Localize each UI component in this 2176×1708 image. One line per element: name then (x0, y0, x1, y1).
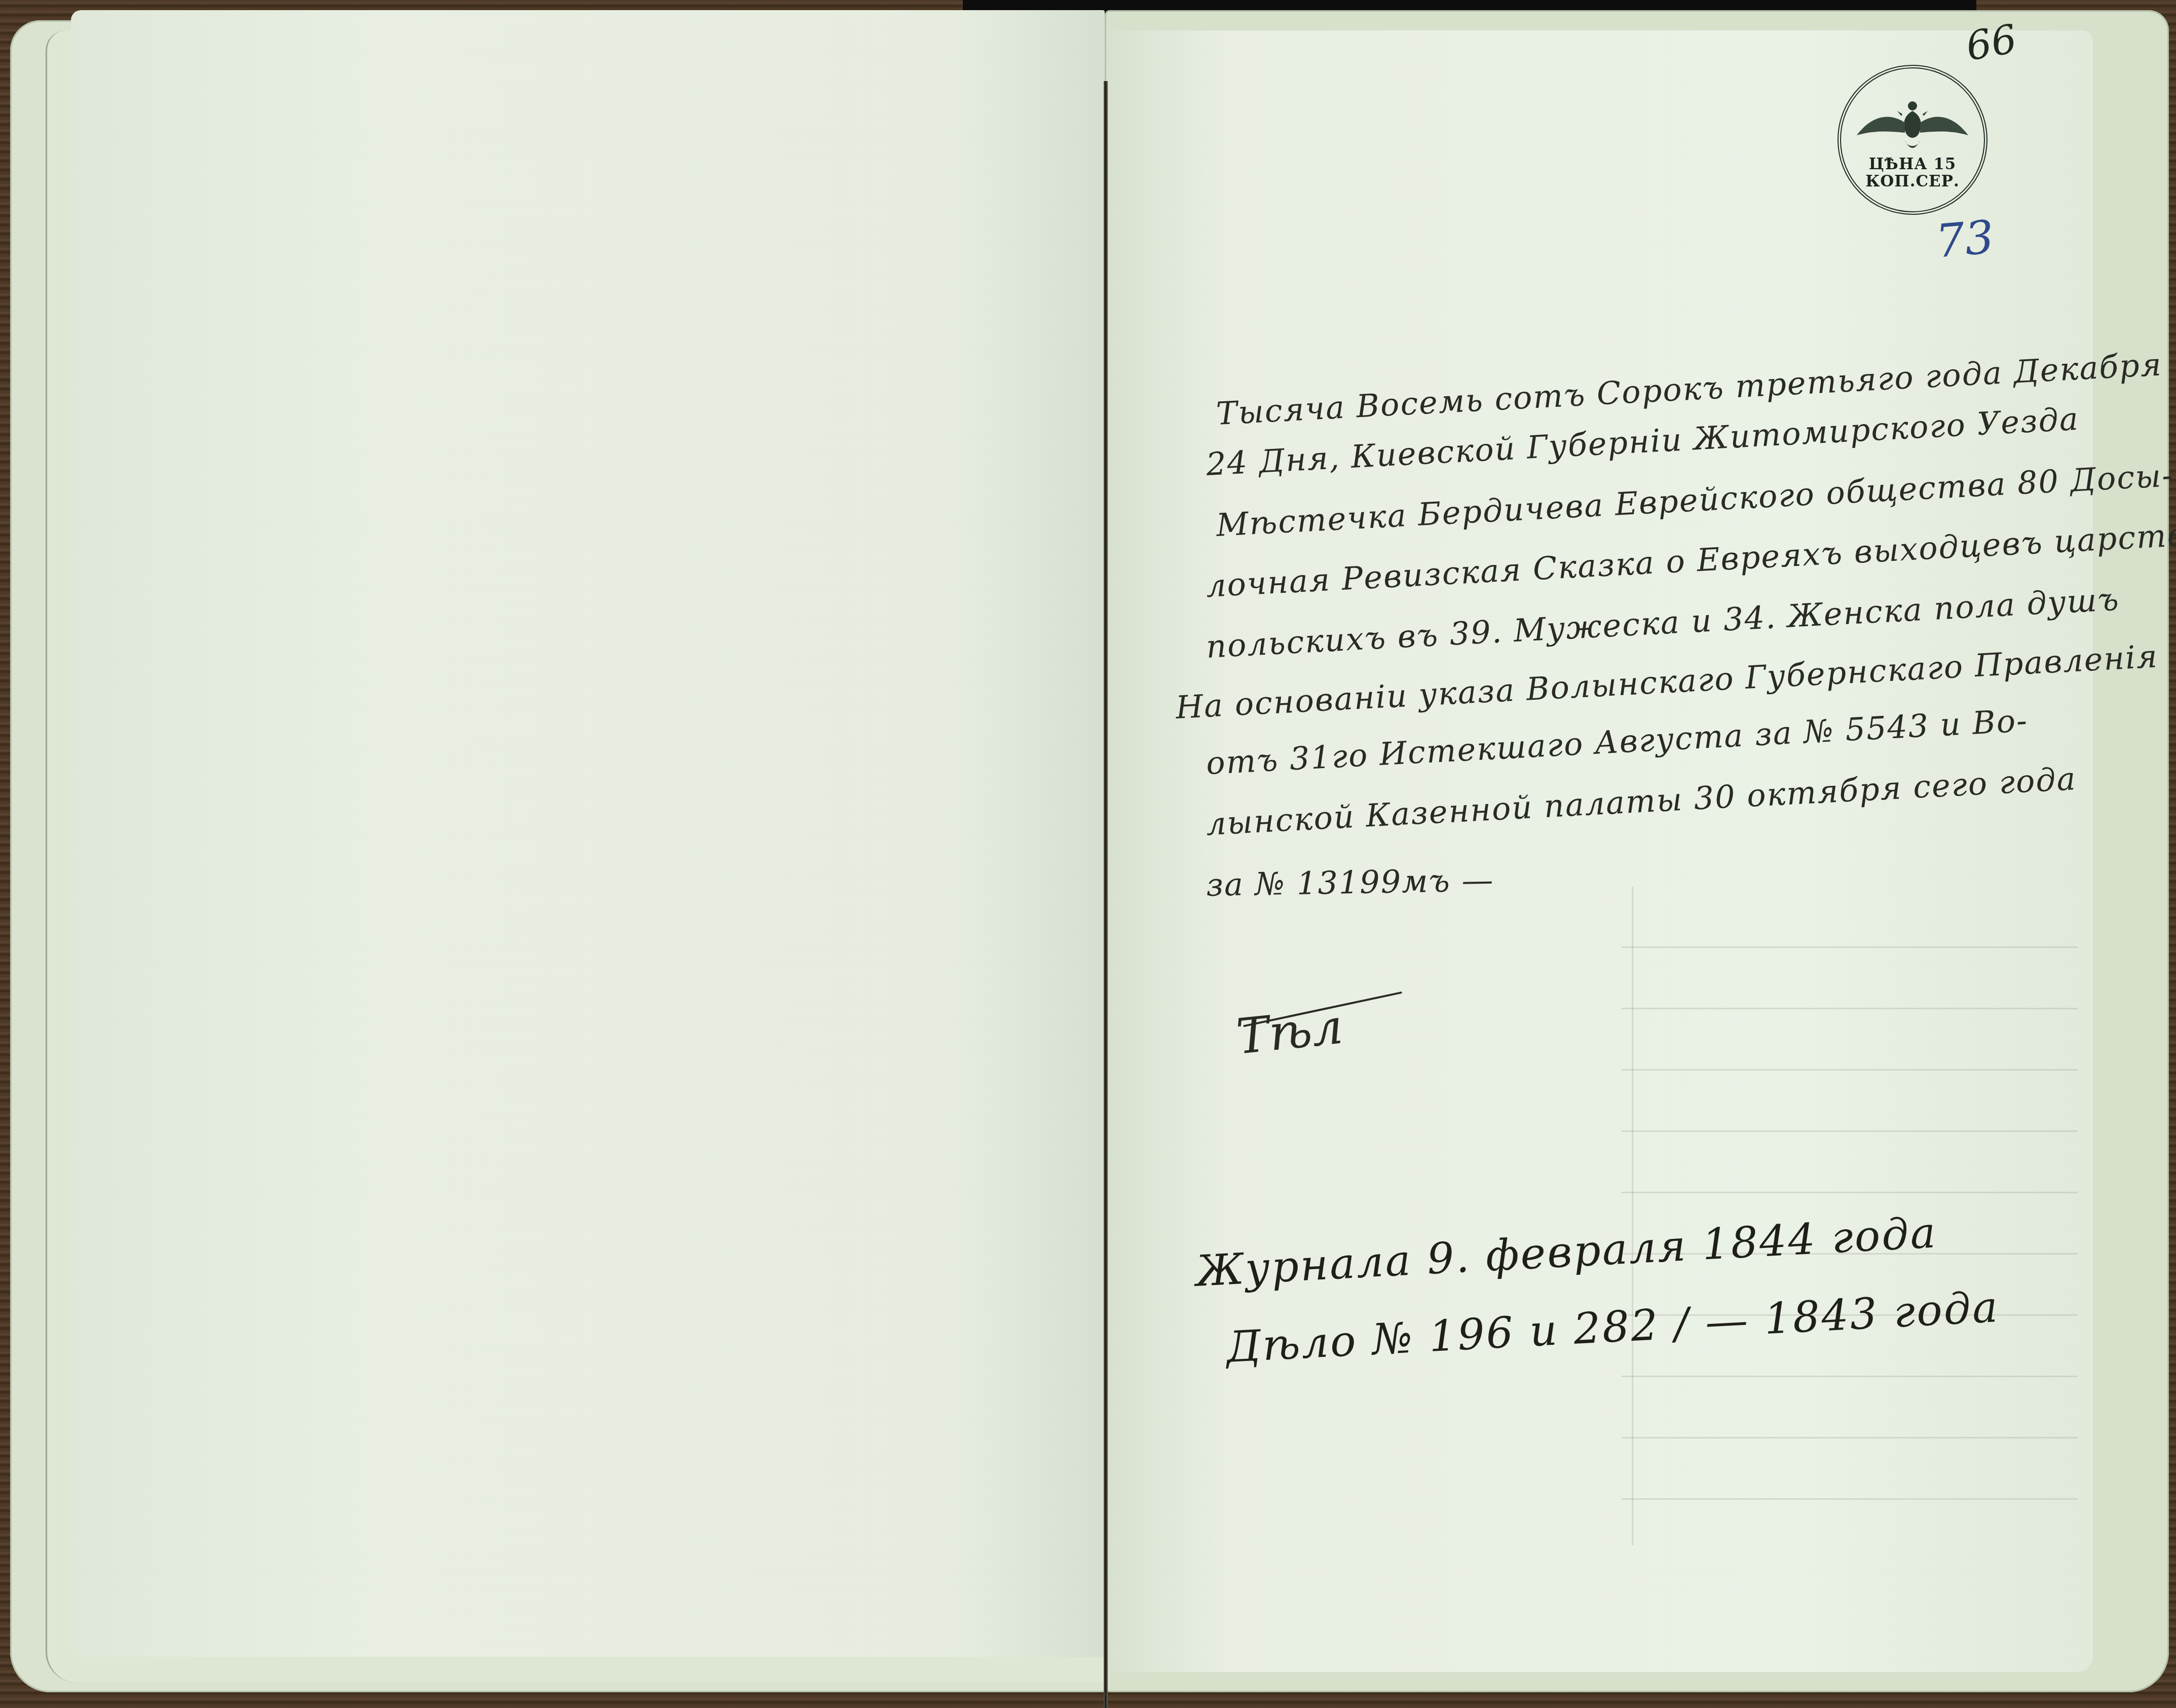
book-gutter (1104, 81, 1108, 1708)
double-headed-eagle-icon (1854, 100, 1971, 156)
signature: Тѣл (1234, 998, 1345, 1065)
stamp-price-line: ЦѢНА 15 (1869, 156, 1957, 173)
stamp-currency-line: КОП.СЕР. (1865, 173, 1960, 190)
tax-stamp: ЦѢНА 15 КОП.СЕР. (1837, 65, 1987, 215)
folio-number: 66 (1963, 16, 2020, 70)
archival-number: 73 (1934, 210, 1996, 269)
body-line-9: за № 13199мъ — (1206, 861, 1494, 903)
left-page (71, 10, 1105, 1657)
